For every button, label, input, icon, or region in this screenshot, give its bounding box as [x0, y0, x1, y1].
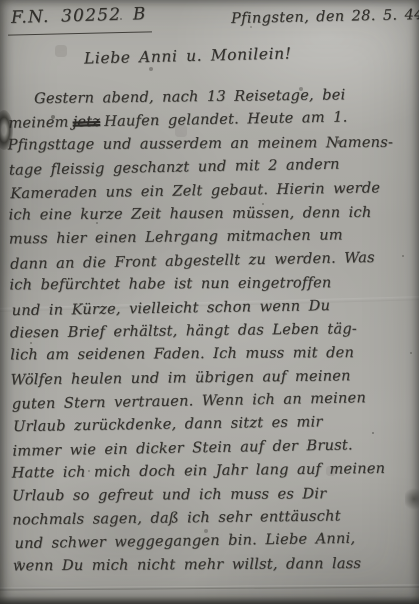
salutation: Liebe Anni u. Monilein!: [84, 44, 292, 67]
line-segment: Haufen gelandet. Heute am 1.: [104, 109, 348, 130]
line-segment: meinem: [8, 114, 69, 132]
struck-word: jetz: [72, 113, 100, 131]
letter-page: F.N. 30252 B Pfingsten, den 28. 5. 44 Li…: [0, 0, 419, 604]
letter-line: lich am seidenen Faden. Ich muss mit den: [10, 344, 414, 370]
fold-crease-bottom: [0, 584, 419, 590]
ink-speckles: [0, 0, 2, 2]
letter-body: Gestern abend, nach 13 Reisetage, bei me…: [7, 86, 417, 582]
letter-line: wenn Du mich nicht mehr willst, dann las…: [13, 554, 417, 580]
date-line: Pfingsten, den 28. 5. 44: [231, 7, 419, 27]
letter-line: Urlaub so gefreut und ich muss es Dir: [12, 484, 416, 510]
bottom-edge-shadow: [0, 596, 419, 604]
field-post-underline: [8, 31, 152, 35]
letter-line: ich eine kurze Zeit hausen müssen, denn …: [8, 204, 412, 230]
field-post-number: F.N. 30252 B: [11, 4, 147, 28]
